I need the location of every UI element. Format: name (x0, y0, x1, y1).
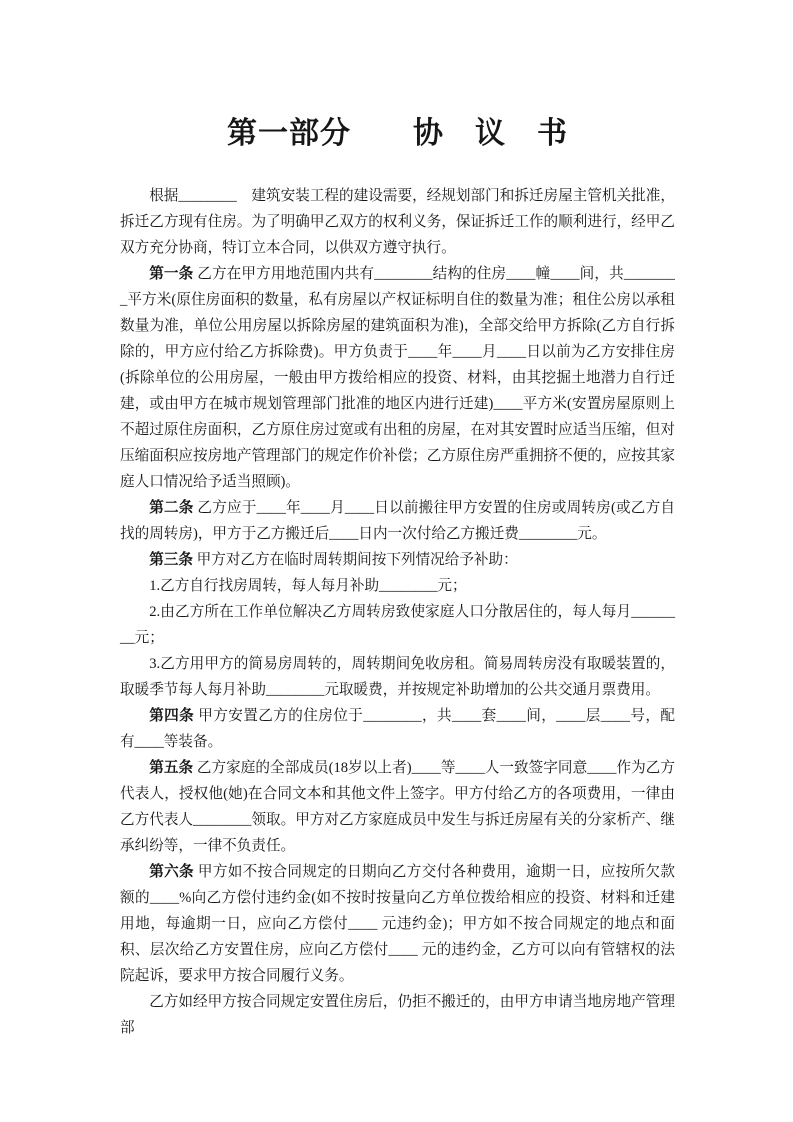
document-body: 根据________ 建筑安装工程的建设需要，经规划部门和拆迁房屋主管机关批准，… (120, 183, 675, 1041)
document-title: 第一部分 协 议 书 (120, 112, 675, 156)
clause-paragraph: 第二条 乙方应于____年____月____日以前搬往甲方安置的住房或周转房(或… (120, 495, 675, 547)
body-paragraph: 3.乙方用甲方的简易房周转的，周转期间免收房租。简易周转房没有取暖装置的，取暖季… (120, 651, 675, 703)
clause-paragraph: 第六条 甲方如不按合同规定的日期向乙方交付各种费用，逾期一日，应按所欠款额的__… (120, 859, 675, 989)
body-paragraph: 根据________ 建筑安装工程的建设需要，经规划部门和拆迁房屋主管机关批准，… (120, 183, 675, 261)
clause-paragraph: 第三条 甲方对乙方在临时周转期间按下列情况给予补助： (120, 547, 675, 573)
clause-paragraph: 第四条 甲方安置乙方的住房位于________，共____套____间，____… (120, 703, 675, 755)
clause-label: 第六条 (149, 864, 194, 880)
body-paragraph: 乙方如经甲方按合同规定安置住房后，仍拒不搬迁的，由甲方申请当地房地产管理部 (120, 989, 675, 1041)
clause-label: 第二条 (149, 500, 193, 516)
clause-label: 第三条 (149, 552, 193, 568)
clause-paragraph: 第一条 乙方在甲方用地范围内共有________结构的住房____幢____间，… (120, 261, 675, 495)
clause-label: 第五条 (149, 760, 193, 776)
body-paragraph: 2.由乙方所在工作单位解决乙方周转房致使家庭人口分散居住的，每人每月______… (120, 599, 675, 651)
body-paragraph: 1.乙方自行找房周转，每人每月补助________元； (120, 573, 675, 599)
clause-label: 第四条 (149, 708, 194, 724)
clause-paragraph: 第五条 乙方家庭的全部成员(18岁以上者)____等____人一致签字同意___… (120, 755, 675, 859)
clause-label: 第一条 (149, 266, 193, 282)
document-page: 第一部分 协 议 书 根据________ 建筑安装工程的建设需要，经规划部门和… (0, 0, 793, 1122)
